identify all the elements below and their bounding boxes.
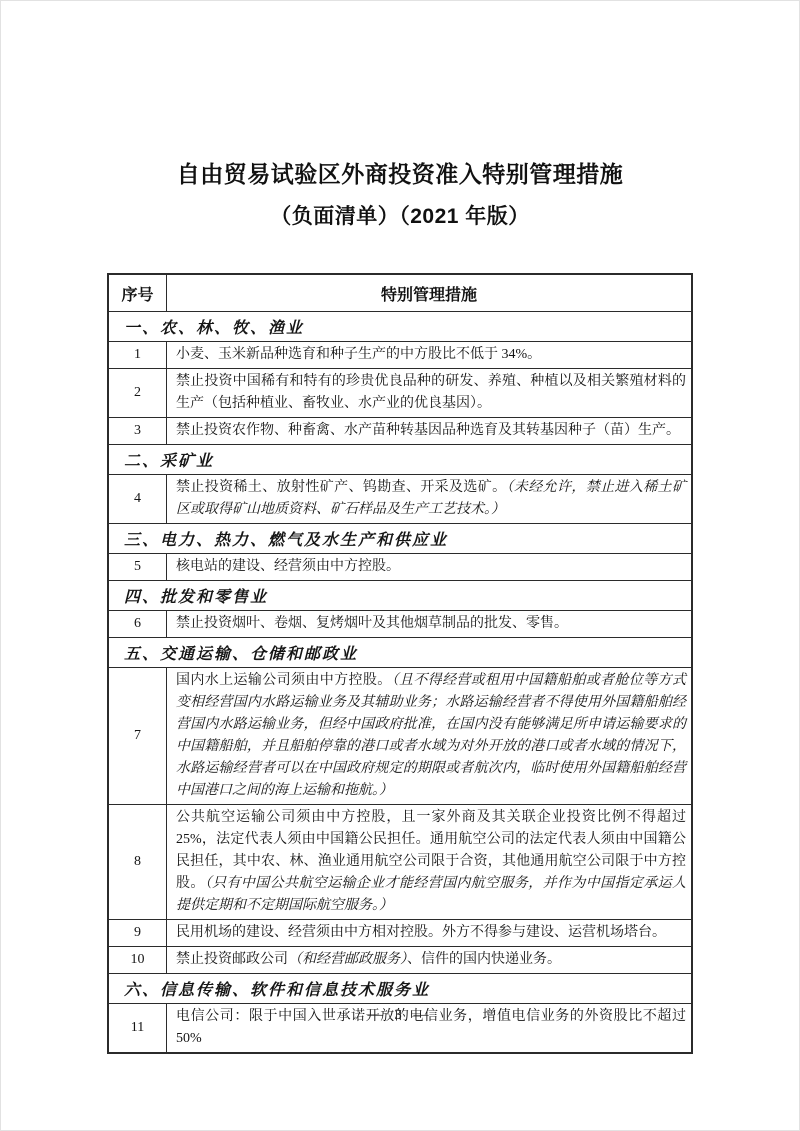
- table-row: 2禁止投资中国稀有和特有的珍贵优良品种的研发、养殖、种植以及相关繁殖材料的生产（…: [108, 369, 692, 418]
- measure-segment: 、信件的国内快递业务。: [407, 952, 561, 967]
- row-number: 2: [108, 369, 167, 418]
- row-number: 3: [108, 418, 167, 445]
- section-row: 四、批发和零售业: [108, 581, 692, 611]
- measure-text: 禁止投资邮政公司（和经营邮政服务）、信件的国内快递业务。: [167, 947, 693, 974]
- section-row: 六、信息传输、软件和信息技术服务业: [108, 974, 692, 1004]
- table-header-row: 序号 特别管理措施: [108, 274, 692, 312]
- measure-segment: 禁止投资稀土、放射性矿产、钨勘查、开采及选矿。: [176, 480, 507, 495]
- measure-segment: 核电站的建设、经营须由中方控股。: [176, 559, 400, 574]
- negative-list-table: 序号 特别管理措施 一、农、林、牧、渔业1小麦、玉米新品种选育和种子生产的中方股…: [107, 273, 693, 1054]
- measure-segment-kaiti: （和经营邮政服务）: [288, 952, 407, 967]
- row-number: 4: [108, 475, 167, 524]
- measure-segment: 小麦、玉米新品种选育和种子生产的中方股比不低于 34%。: [176, 347, 541, 362]
- section-label: 三、电力、热力、燃气及水生产和供应业: [108, 524, 692, 554]
- measure-text: 禁止投资农作物、种畜禽、水产苗种转基因品种选育及其转基因种子（苗）生产。: [167, 418, 693, 445]
- section-row: 三、电力、热力、燃气及水生产和供应业: [108, 524, 692, 554]
- measures-table-body: 一、农、林、牧、渔业1小麦、玉米新品种选育和种子生产的中方股比不低于 34%。2…: [108, 312, 692, 1054]
- section-label: 四、批发和零售业: [108, 581, 692, 611]
- row-number: 7: [108, 668, 167, 805]
- row-number: 5: [108, 554, 167, 581]
- header-cell-index: 序号: [108, 274, 167, 312]
- measure-segment: 民用机场的建设、经营须由中方相对控股。外方不得参与建设、运营机场塔台。: [176, 925, 666, 940]
- row-number: 6: [108, 611, 167, 638]
- table-row: 5核电站的建设、经营须由中方控股。: [108, 554, 692, 581]
- table-header: 序号 特别管理措施: [108, 274, 692, 312]
- document-page: 自由贸易试验区外商投资准入特别管理措施 （负面清单）（2021 年版） 序号 特…: [0, 0, 800, 1131]
- table-row: 4禁止投资稀土、放射性矿产、钨勘查、开采及选矿。（未经允许，禁止进入稀土矿区或取…: [108, 475, 692, 524]
- row-number: 1: [108, 342, 167, 369]
- table-row: 9民用机场的建设、经营须由中方相对控股。外方不得参与建设、运营机场塔台。: [108, 920, 692, 947]
- table-row: 1小麦、玉米新品种选育和种子生产的中方股比不低于 34%。: [108, 342, 692, 369]
- measure-segment: 国内水上运输公司须由中方控股。: [176, 673, 392, 688]
- document-title-line2: （负面清单）（2021 年版）: [0, 200, 800, 230]
- measure-text: 禁止投资烟叶、卷烟、复烤烟叶及其他烟草制品的批发、零售。: [167, 611, 693, 638]
- table-row: 6禁止投资烟叶、卷烟、复烤烟叶及其他烟草制品的批发、零售。: [108, 611, 692, 638]
- document-title-line1: 自由贸易试验区外商投资准入特别管理措施: [0, 156, 800, 189]
- measure-segment-kaiti: （且不得经营或租用中国籍船舶或者舱位等方式变相经营国内水路运输业务及其辅助业务；…: [176, 673, 686, 798]
- measure-text: 核电站的建设、经营须由中方控股。: [167, 554, 693, 581]
- measure-text: 国内水上运输公司须由中方控股。（且不得经营或租用中国籍船舶或者舱位等方式变相经营…: [167, 668, 693, 805]
- measure-segment: 禁止投资烟叶、卷烟、复烤烟叶及其他烟草制品的批发、零售。: [176, 616, 568, 631]
- measure-segment: 禁止投资邮政公司: [176, 952, 288, 967]
- section-row: 二、采矿业: [108, 445, 692, 475]
- page-number: — 3 —: [0, 1007, 800, 1024]
- table-row: 10禁止投资邮政公司（和经营邮政服务）、信件的国内快递业务。: [108, 947, 692, 974]
- measure-text: 公共航空运输公司须由中方控股，且一家外商及其关联企业投资比例不得超过 25%，法…: [167, 805, 693, 920]
- section-label: 五、交通运输、仓储和邮政业: [108, 638, 692, 668]
- row-number: 10: [108, 947, 167, 974]
- measure-segment: 禁止投资农作物、种畜禽、水产苗种转基因品种选育及其转基因种子（苗）生产。: [176, 423, 680, 438]
- measure-segment-kaiti: （只有中国公共航空运输企业才能经营国内航空服务，并作为中国指定承运人提供定期和不…: [176, 876, 686, 913]
- table-row: 3禁止投资农作物、种畜禽、水产苗种转基因品种选育及其转基因种子（苗）生产。: [108, 418, 692, 445]
- measure-text: 禁止投资稀土、放射性矿产、钨勘查、开采及选矿。（未经允许，禁止进入稀土矿区或取得…: [167, 475, 693, 524]
- section-row: 五、交通运输、仓储和邮政业: [108, 638, 692, 668]
- table-row: 7国内水上运输公司须由中方控股。（且不得经营或租用中国籍船舶或者舱位等方式变相经…: [108, 668, 692, 805]
- header-cell-measure: 特别管理措施: [167, 274, 693, 312]
- section-row: 一、农、林、牧、渔业: [108, 312, 692, 342]
- row-number: 9: [108, 920, 167, 947]
- row-number: 8: [108, 805, 167, 920]
- measure-text: 小麦、玉米新品种选育和种子生产的中方股比不低于 34%。: [167, 342, 693, 369]
- measure-segment: 禁止投资中国稀有和特有的珍贵优良品种的研发、养殖、种植以及相关繁殖材料的生产（包…: [176, 374, 686, 411]
- table-row: 8公共航空运输公司须由中方控股，且一家外商及其关联企业投资比例不得超过 25%，…: [108, 805, 692, 920]
- measure-text: 民用机场的建设、经营须由中方相对控股。外方不得参与建设、运营机场塔台。: [167, 920, 693, 947]
- section-label: 二、采矿业: [108, 445, 692, 475]
- measure-text: 禁止投资中国稀有和特有的珍贵优良品种的研发、养殖、种植以及相关繁殖材料的生产（包…: [167, 369, 693, 418]
- section-label: 一、农、林、牧、渔业: [108, 312, 692, 342]
- section-label: 六、信息传输、软件和信息技术服务业: [108, 974, 692, 1004]
